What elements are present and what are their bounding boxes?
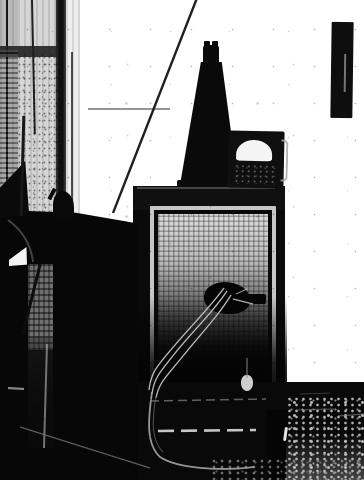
foreground-table-mass (0, 210, 138, 480)
photo-print (0, 0, 364, 488)
meter-handle (281, 140, 289, 182)
wall-panel-scratch (344, 54, 346, 92)
floor-speckle-strip (210, 458, 364, 480)
hanging-bob (241, 375, 253, 391)
horn-driver-cap (203, 45, 219, 65)
horn-driver-terminal (204, 41, 210, 47)
chair-leg-shadow (28, 336, 53, 448)
print-margin-bottom (0, 480, 364, 488)
meter-face-mottle (233, 164, 275, 185)
meter-dial-window (236, 140, 272, 162)
foreground-object (53, 191, 74, 221)
wall-dark-panel (330, 22, 353, 118)
terminal-block (204, 282, 250, 314)
portable-meter (227, 130, 284, 188)
terminal-arm (246, 294, 266, 304)
horn-driver-terminal (212, 41, 218, 47)
wall-rail-line (88, 108, 170, 110)
